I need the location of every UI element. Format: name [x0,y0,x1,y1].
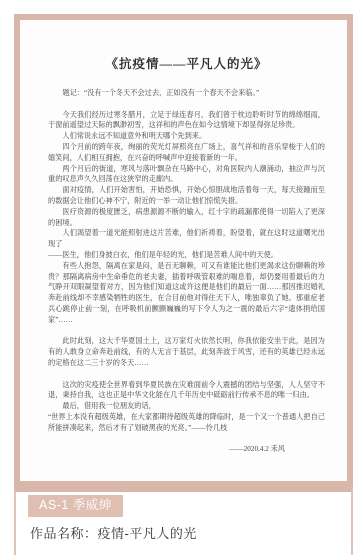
essay-paragraph: 最后，借用我一位朋友的话， [48,401,325,412]
entry-info-box: AS-1 季威紳 作品名称：疫情-平凡人的光 [14,487,353,555]
entry-id-badge: AS-1 季威紳 [28,495,123,517]
artwork-document-image: 《抗疫情——平凡人的光》 题记：“没有一个冬天不会过去，正如没有一个春天不会来临… [14,14,353,487]
essay-paragraph: 今天我们经历过寒冬腊月，立足于绿连春月，我们曾于枕边聆听时节的绵绵细雨，于窗前遥… [48,110,325,132]
essay-epigraph: 题记：“没有一个冬天不会过去，正如没有一个春天不会来临。” [48,88,325,99]
artwork-title-caption: 作品名称：疫情-平凡人的光 [30,526,351,541]
essay-paragraph: ——医生，他们身披白衣，他们是年轻的光，他们是苦难人间中的天使。 [48,250,325,261]
essay-body: 今天我们经历过寒冬腊月，立足于绿连春月，我们曾于枕边聆听时节的绵绵细雨，于窗前遥… [48,110,325,434]
essay-paragraph: “世界上本没有超级英雄，在大家都期待超级英雄的降临时，是一个又一个普通人把自己所… [48,412,325,434]
essay-paragraph: 两个月后的街道，寒风与落叶飘杂在马路中心，对角医院内人潮涌动，抽泣声与沉重的叹息… [48,164,325,186]
essay-paragraph: 四个月前的跨年夜，绚丽的荧光灯屏照亮在广场上，喜气祥和的音乐穿梭于人们的嬉笑间，… [48,142,325,164]
essay-paragraph: 医疗资源的极度匮乏，病患源源不断的输入，红十字的疏漏都使得一切陷入了更深的困境。 [48,207,325,229]
essay-paragraph: 人们渴望着一道光能照射进这片苦难，他们祈祷着，盼望着，就在这时这道曙光出现了 [48,228,325,250]
essay-title: 《抗疫情——平凡人的光》 [48,56,325,72]
essay-page: 《抗疫情——平凡人的光》 题记：“没有一个冬天不会过去，正如没有一个春天不会来临… [20,20,347,481]
essay-signature: ——2020.4.2 禾风 [48,444,325,455]
essay-paragraph: 此时此刻，这大千华夏国土上，这万家灯火依然长明，你我依能安坐于此，是因为有的人敢… [48,336,325,368]
essay-paragraph: 面对疫情，人们开始害怕，开始恐惧，开始心惊胆战地活着每一天，每天接踵而至的数据会… [48,185,325,207]
essay-paragraph: 人们常说永远不知道意外和明天哪个先到来。 [48,131,325,142]
essay-paragraph: 有些人抱怨，隔离在家是闷，是百无聊赖，可又有谁能比他们更渴求这份聊赖的珍贵？那隔… [48,261,325,326]
essay-paragraph: 这次的灾疫使全世界看到华夏民族在灾难面前令人震撼的团结与坚强，人人坚守不退，秉持… [48,380,325,402]
